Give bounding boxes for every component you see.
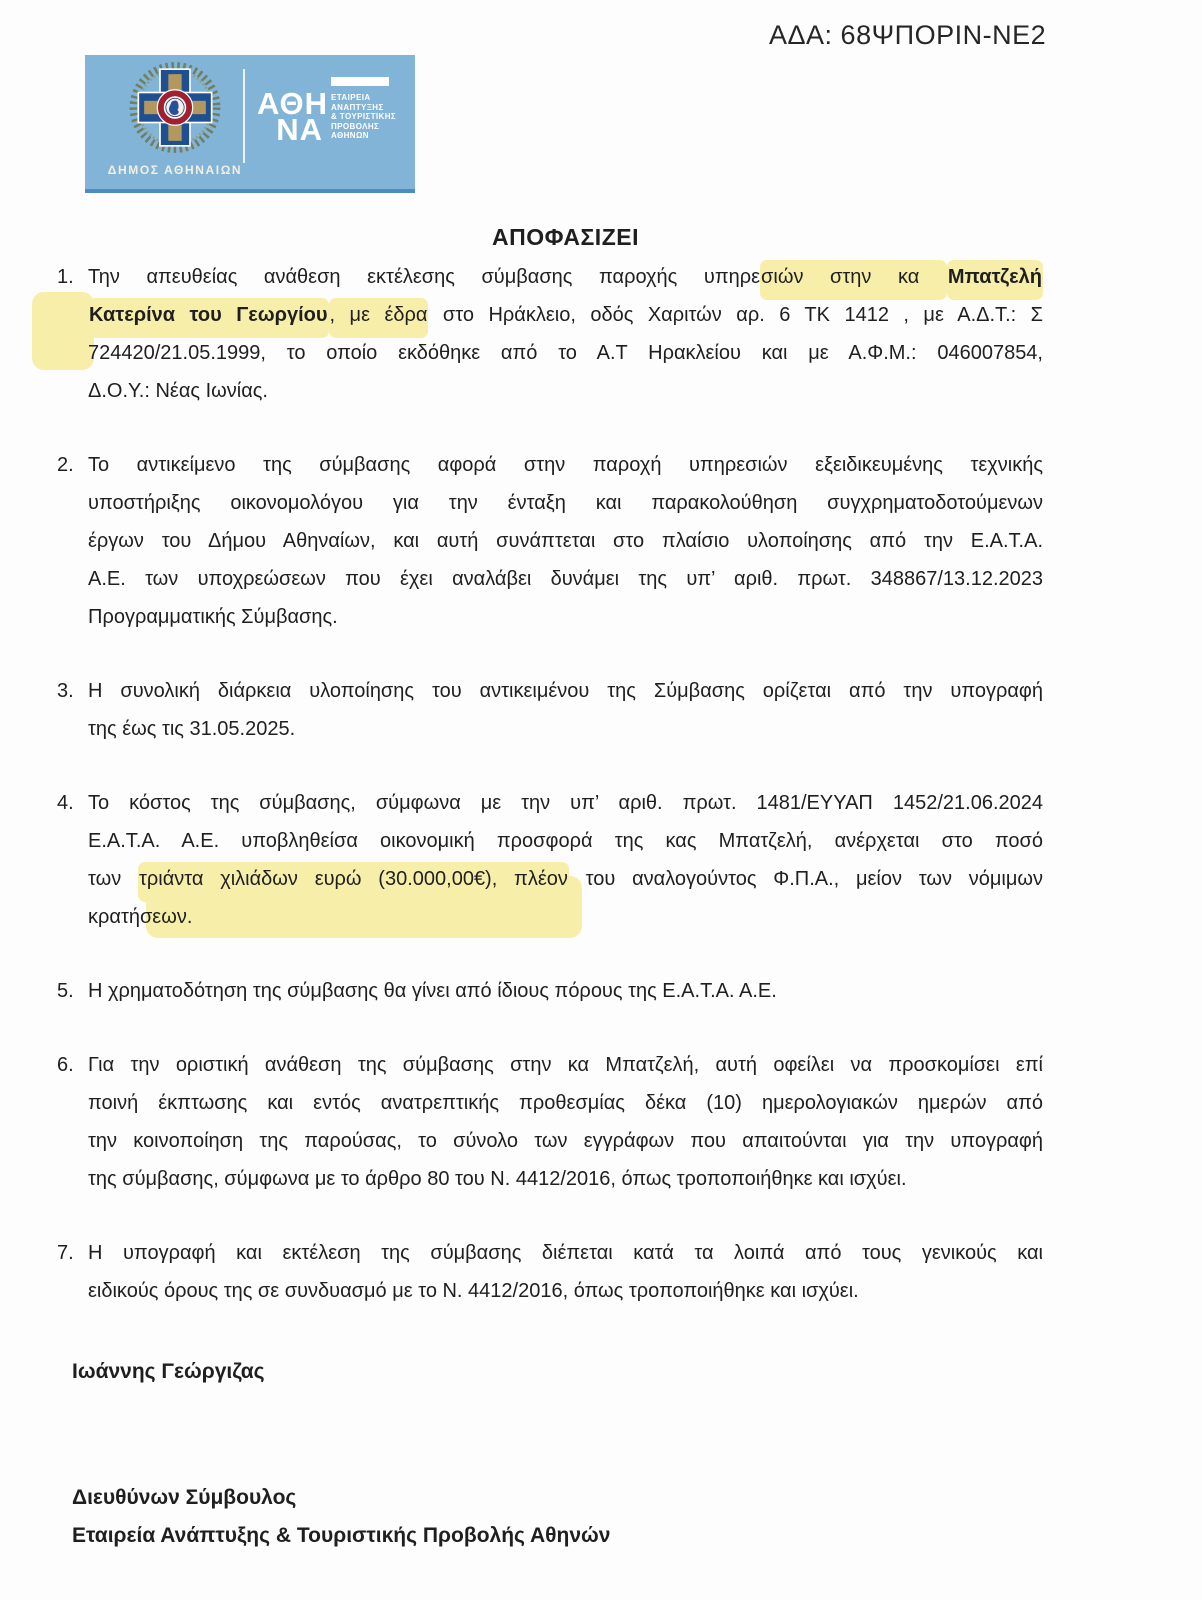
text-line: της σύμβασης, σύμφωνα με το άρθρο 80 του… <box>88 1160 1043 1198</box>
text-segment: Το αντικείμενο της σύμβασης αφορά στην π… <box>88 454 1043 476</box>
text-line: Το αντικείμενο της σύμβασης αφορά στην π… <box>88 446 1043 484</box>
item-number: 6. <box>57 1046 88 1198</box>
text-segment: έργων του Δήμου Αθηναίων, και αυτή συνάπ… <box>88 530 1043 552</box>
text-line: Για την οριστική ανάθεση της σύμβασης στ… <box>88 1046 1043 1084</box>
item-text: Η χρηματοδότηση της σύμβασης θα γίνει απ… <box>88 972 1043 1010</box>
municipality-label: ΔΗΜΟΣ ΑΘΗΝΑΙΩΝ <box>85 163 265 177</box>
text-segment: των <box>88 868 138 890</box>
item-number: 4. <box>57 784 88 936</box>
highlighted-text: Μπατζελή <box>947 260 1043 300</box>
item-number: 5. <box>57 972 88 1010</box>
text-segment: Η υπογραφή και εκτέλεση της σύμβασης διέ… <box>88 1242 1043 1264</box>
text-segment: ειδικούς όρους της σε συνδυασμό με το Ν.… <box>88 1280 859 1302</box>
text-segment: κρατήσεων. <box>88 906 192 928</box>
text-line: Ε.Α.Τ.Α. Α.Ε. υποβληθείσα οικονομική προ… <box>88 822 1043 860</box>
text-segment: Την απευθείας ανάθεση εκτέλεσης σύμβασης… <box>88 266 760 288</box>
text-line: υποστήριξης οικονομολόγου για την ένταξη… <box>88 484 1043 522</box>
highlighted-text: Κατερίνα του Γεωργίου <box>88 298 329 338</box>
decision-item: 5.Η χρηματοδότηση της σύμβασης θα γίνει … <box>57 972 1043 1010</box>
decision-item: 1.Την απευθείας ανάθεση εκτέλεσης σύμβασ… <box>57 258 1043 410</box>
text-segment: Για την οριστική ανάθεση της σύμβασης στ… <box>88 1054 1043 1076</box>
text-line: 724420/21.05.1999, το οποίο εκδόθηκε από… <box>88 334 1043 372</box>
text-segment: της έως τις 31.05.2025. <box>88 718 295 740</box>
decision-item: 4.Το κόστος της σύμβασης, σύμφωνα με την… <box>57 784 1043 936</box>
decision-list: 1.Την απευθείας ανάθεση εκτέλεσης σύμβασ… <box>57 258 1043 1346</box>
decision-item: 7.Η υπογραφή και εκτέλεση της σύμβασης δ… <box>57 1234 1043 1310</box>
text-line: Κατερίνα του Γεωργίου, με έδρα στο Ηράκλ… <box>88 296 1043 334</box>
signatory-role: Διευθύνων Σύμβουλος <box>72 1486 296 1510</box>
document-page: ΑΔΑ: 68ΨΠΟΡΙΝ-ΝΕ2 ΔΗΜΟΣ ΑΘΗΝΑΙΩΝ ΑΘΗ <box>0 0 1202 1600</box>
text-line: των τριάντα χιλιάδων ευρώ (30.000,00€), … <box>88 860 1043 898</box>
text-line: Α.Ε. των υποχρεώσεων που έχει αναλάβει δ… <box>88 560 1043 598</box>
item-text: Το αντικείμενο της σύμβασης αφορά στην π… <box>88 446 1043 636</box>
highlighted-text: τριάντα χιλιάδων ευρώ (30.000,00€), πλέο… <box>138 862 569 902</box>
logo-divider <box>243 69 245 163</box>
text-line: έργων του Δήμου Αθηναίων, και αυτή συνάπ… <box>88 522 1043 560</box>
text-segment: της σύμβασης, σύμφωνα με το άρθρο 80 του… <box>88 1168 907 1190</box>
text-segment: την κοινοποίηση της παρούσας, το σύνολο … <box>88 1130 1043 1152</box>
company-subtitle: ΕΤΑΙΡΕΙΑ ΑΝΑΠΤΥΞΗΣ & ΤΟΥΡΙΣΤΙΚΗΣ ΠΡΟΒΟΛΗ… <box>331 93 411 141</box>
text-segment: Η χρηματοδότηση της σύμβασης θα γίνει απ… <box>88 980 777 1002</box>
ada-code: ΑΔΑ: 68ΨΠΟΡΙΝ-ΝΕ2 <box>769 20 1049 51</box>
text-segment: Α.Ε. των υποχρεώσεων που έχει αναλάβει δ… <box>88 568 1043 590</box>
eata-athens-logo: ΔΗΜΟΣ ΑΘΗΝΑΙΩΝ ΑΘΗ ΝΑ ΕΤΑΙΡΕΙΑ ΑΝΑΠΤΥΞΗΣ… <box>85 55 415 193</box>
text-line: την κοινοποίηση της παρούσας, το σύνολο … <box>88 1122 1043 1160</box>
text-segment: υποστήριξης οικονομολόγου για την ένταξη… <box>88 492 1043 514</box>
logo-white-bar <box>331 77 389 86</box>
item-text: Η συνολική διάρκεια υλοποίησης του αντικ… <box>88 672 1043 748</box>
text-segment: στο Ηράκλειο, οδός Χαριτών αρ. 6 ΤΚ 1412… <box>428 304 1043 326</box>
highlighted-text: , με έδρα <box>329 298 429 338</box>
item-text: Για την οριστική ανάθεση της σύμβασης στ… <box>88 1046 1043 1198</box>
decision-item: 6.Για την οριστική ανάθεση της σύμβασης … <box>57 1046 1043 1198</box>
text-segment: Ε.Α.Τ.Α. Α.Ε. υποβληθείσα οικονομική προ… <box>88 830 1043 852</box>
text-line: Η υπογραφή και εκτέλεση της σύμβασης διέ… <box>88 1234 1043 1272</box>
athina-wordmark: ΑΘΗ ΝΑ <box>257 91 323 143</box>
text-line: ποινή έκπτωσης και εντός ανατρεπτικής πρ… <box>88 1084 1043 1122</box>
item-number: 2. <box>57 446 88 636</box>
item-text: Η υπογραφή και εκτέλεση της σύμβασης διέ… <box>88 1234 1043 1310</box>
highlighted-text: σιών στην κα <box>760 260 947 300</box>
text-line: Η χρηματοδότηση της σύμβασης θα γίνει απ… <box>88 972 1043 1010</box>
item-text: Το κόστος της σύμβασης, σύμφωνα με την υ… <box>88 784 1043 936</box>
signatory-name: Ιωάννης Γεώργιζας <box>72 1360 265 1384</box>
text-segment: ποινή έκπτωσης και εντός ανατρεπτικής πρ… <box>88 1092 1043 1114</box>
text-line: Η συνολική διάρκεια υλοποίησης του αντικ… <box>88 672 1043 710</box>
item-text: Την απευθείας ανάθεση εκτέλεσης σύμβασης… <box>88 258 1043 410</box>
text-segment: Η συνολική διάρκεια υλοποίησης του αντικ… <box>88 680 1043 702</box>
signatory-organization: Εταιρεία Ανάπτυξης & Τουριστικής Προβολή… <box>72 1524 610 1548</box>
decision-item: 3.Η συνολική διάρκεια υλοποίησης του αντ… <box>57 672 1043 748</box>
text-line: Την απευθείας ανάθεση εκτέλεσης σύμβασης… <box>88 258 1043 296</box>
text-segment: Το κόστος της σύμβασης, σύμφωνα με την υ… <box>88 792 1043 814</box>
item-number: 7. <box>57 1234 88 1310</box>
text-line: Το κόστος της σύμβασης, σύμφωνα με την υ… <box>88 784 1043 822</box>
text-segment: 724420/21.05.1999, το οποίο εκδόθηκε από… <box>88 342 1043 364</box>
decision-item: 2.Το αντικείμενο της σύμβασης αφορά στην… <box>57 446 1043 636</box>
text-segment: Προγραμματικής Σύμβασης. <box>88 606 338 628</box>
text-segment: Δ.Ο.Υ.: Νέας Ιωνίας. <box>88 380 268 402</box>
item-number: 3. <box>57 672 88 748</box>
text-segment: του αναλογούντος Φ.Π.Α., μείον των νόμιμ… <box>569 868 1043 890</box>
athens-municipality-emblem-icon <box>113 60 237 160</box>
decision-title: ΑΠΟΦΑΣΙΖΕΙ <box>88 224 1043 251</box>
